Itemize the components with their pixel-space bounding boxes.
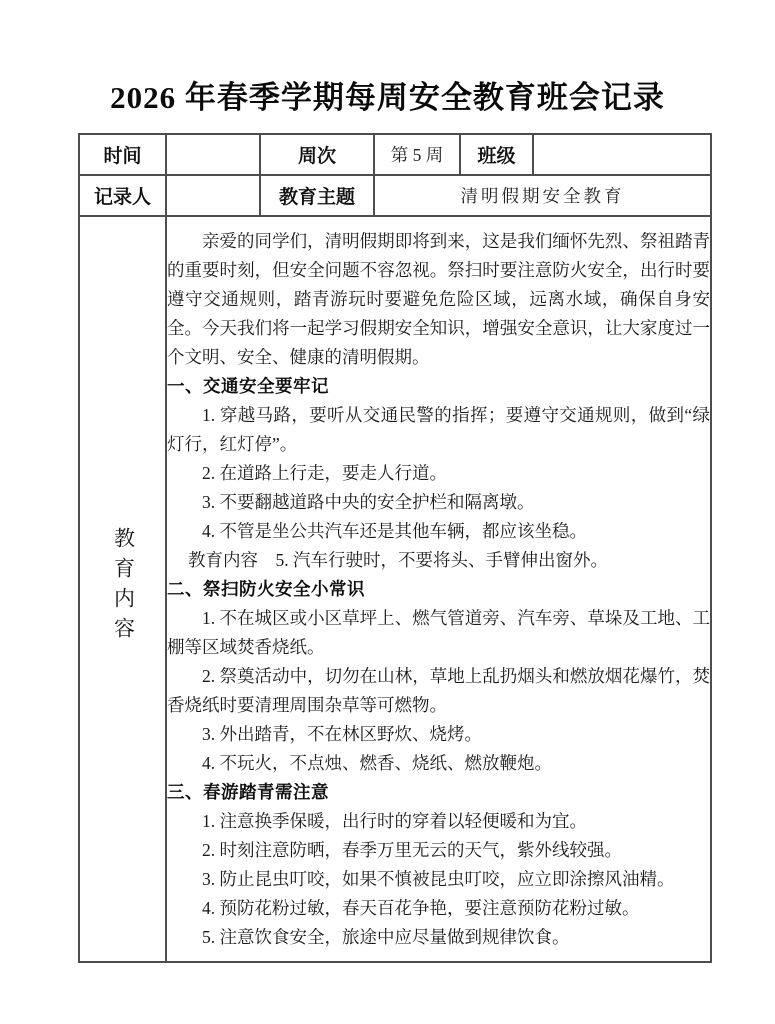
- time-value-cell: [166, 134, 260, 175]
- page-title: 2026 年春季学期每周安全教育班会记录: [0, 72, 775, 117]
- section-item: 1. 不在城区或小区草坪上、燃气管道旁、汽车旁、草垛及工地、工棚等区域焚香烧纸。: [167, 604, 710, 662]
- section-item: 3. 外出踏青，不在林区野炊、烧烤。: [167, 720, 710, 749]
- topic-value-cell: 清明假期安全教育: [374, 175, 711, 216]
- section-item: 教育内容 5. 汽车行驶时，不要将头、手臂伸出窗外。: [167, 546, 710, 575]
- section-item: 1. 注意换季保暖，出行时的穿着以轻便暖和为宜。: [167, 807, 710, 836]
- class-label: 班级: [460, 134, 533, 175]
- table-row: 记录人 教育主题 清明假期安全教育: [79, 175, 711, 216]
- content-label-cell: 教育内容: [79, 216, 166, 962]
- section-item: 1. 穿越马路，要听从交通民警的指挥；要遵守交通规则，做到“绿灯行，红灯停”。: [167, 401, 710, 459]
- section-item: 3. 不要翻越道路中央的安全护栏和隔离墩。: [167, 488, 710, 517]
- class-value-cell: [533, 134, 711, 175]
- section-item: 5. 注意饮食安全，旅途中应尽量做到规律饮食。: [167, 923, 710, 952]
- section-item: 4. 不玩火，不点烛、燃香、烧纸、燃放鞭炮。: [167, 749, 710, 778]
- section-item: 2. 时刻注意防晒，春季万里无云的天气，紫外线较强。: [167, 836, 710, 865]
- record-table: 时间 周次 第 5 周 班级 记录人 教育主题 清明假期安全教育 教育内容 亲爱…: [78, 133, 712, 963]
- table-row: 教育内容 亲爱的同学们，清明假期即将到来，这是我们缅怀先烈、祭祖踏青的重要时刻，…: [79, 216, 711, 962]
- section-heading-outing: 三、春游踏青需注意: [167, 778, 710, 807]
- content-vertical-label: 教育内容: [108, 527, 138, 647]
- content-cell: 亲爱的同学们，清明假期即将到来，这是我们缅怀先烈、祭祖踏青的重要时刻，但安全问题…: [166, 216, 711, 962]
- table-row: 时间 周次 第 5 周 班级: [79, 134, 711, 175]
- time-label: 时间: [79, 134, 166, 175]
- recorder-value-cell: [166, 175, 260, 216]
- section-heading-traffic: 一、交通安全要牢记: [167, 372, 710, 401]
- section-item: 4. 预防花粉过敏，春天百花争艳，要注意预防花粉过敏。: [167, 894, 710, 923]
- section-item: 4. 不管是坐公共汽车还是其他车辆，都应该坐稳。: [167, 517, 710, 546]
- recorder-label: 记录人: [79, 175, 166, 216]
- section-item: 3. 防止昆虫叮咬，如果不慎被昆虫叮咬，应立即涂擦风油精。: [167, 865, 710, 894]
- section-item: 2. 在道路上行走，要走人行道。: [167, 459, 710, 488]
- section-heading-fire: 二、祭扫防火安全小常识: [167, 575, 710, 604]
- week-label: 周次: [260, 134, 374, 175]
- section-item: 2. 祭奠活动中，切勿在山林，草地上乱扔烟头和燃放烟花爆竹，焚香烧纸时要清理周围…: [167, 662, 710, 720]
- topic-label: 教育主题: [260, 175, 374, 216]
- intro-paragraph: 亲爱的同学们，清明假期即将到来，这是我们缅怀先烈、祭祖踏青的重要时刻，但安全问题…: [167, 227, 710, 372]
- week-value-cell: 第 5 周: [374, 134, 460, 175]
